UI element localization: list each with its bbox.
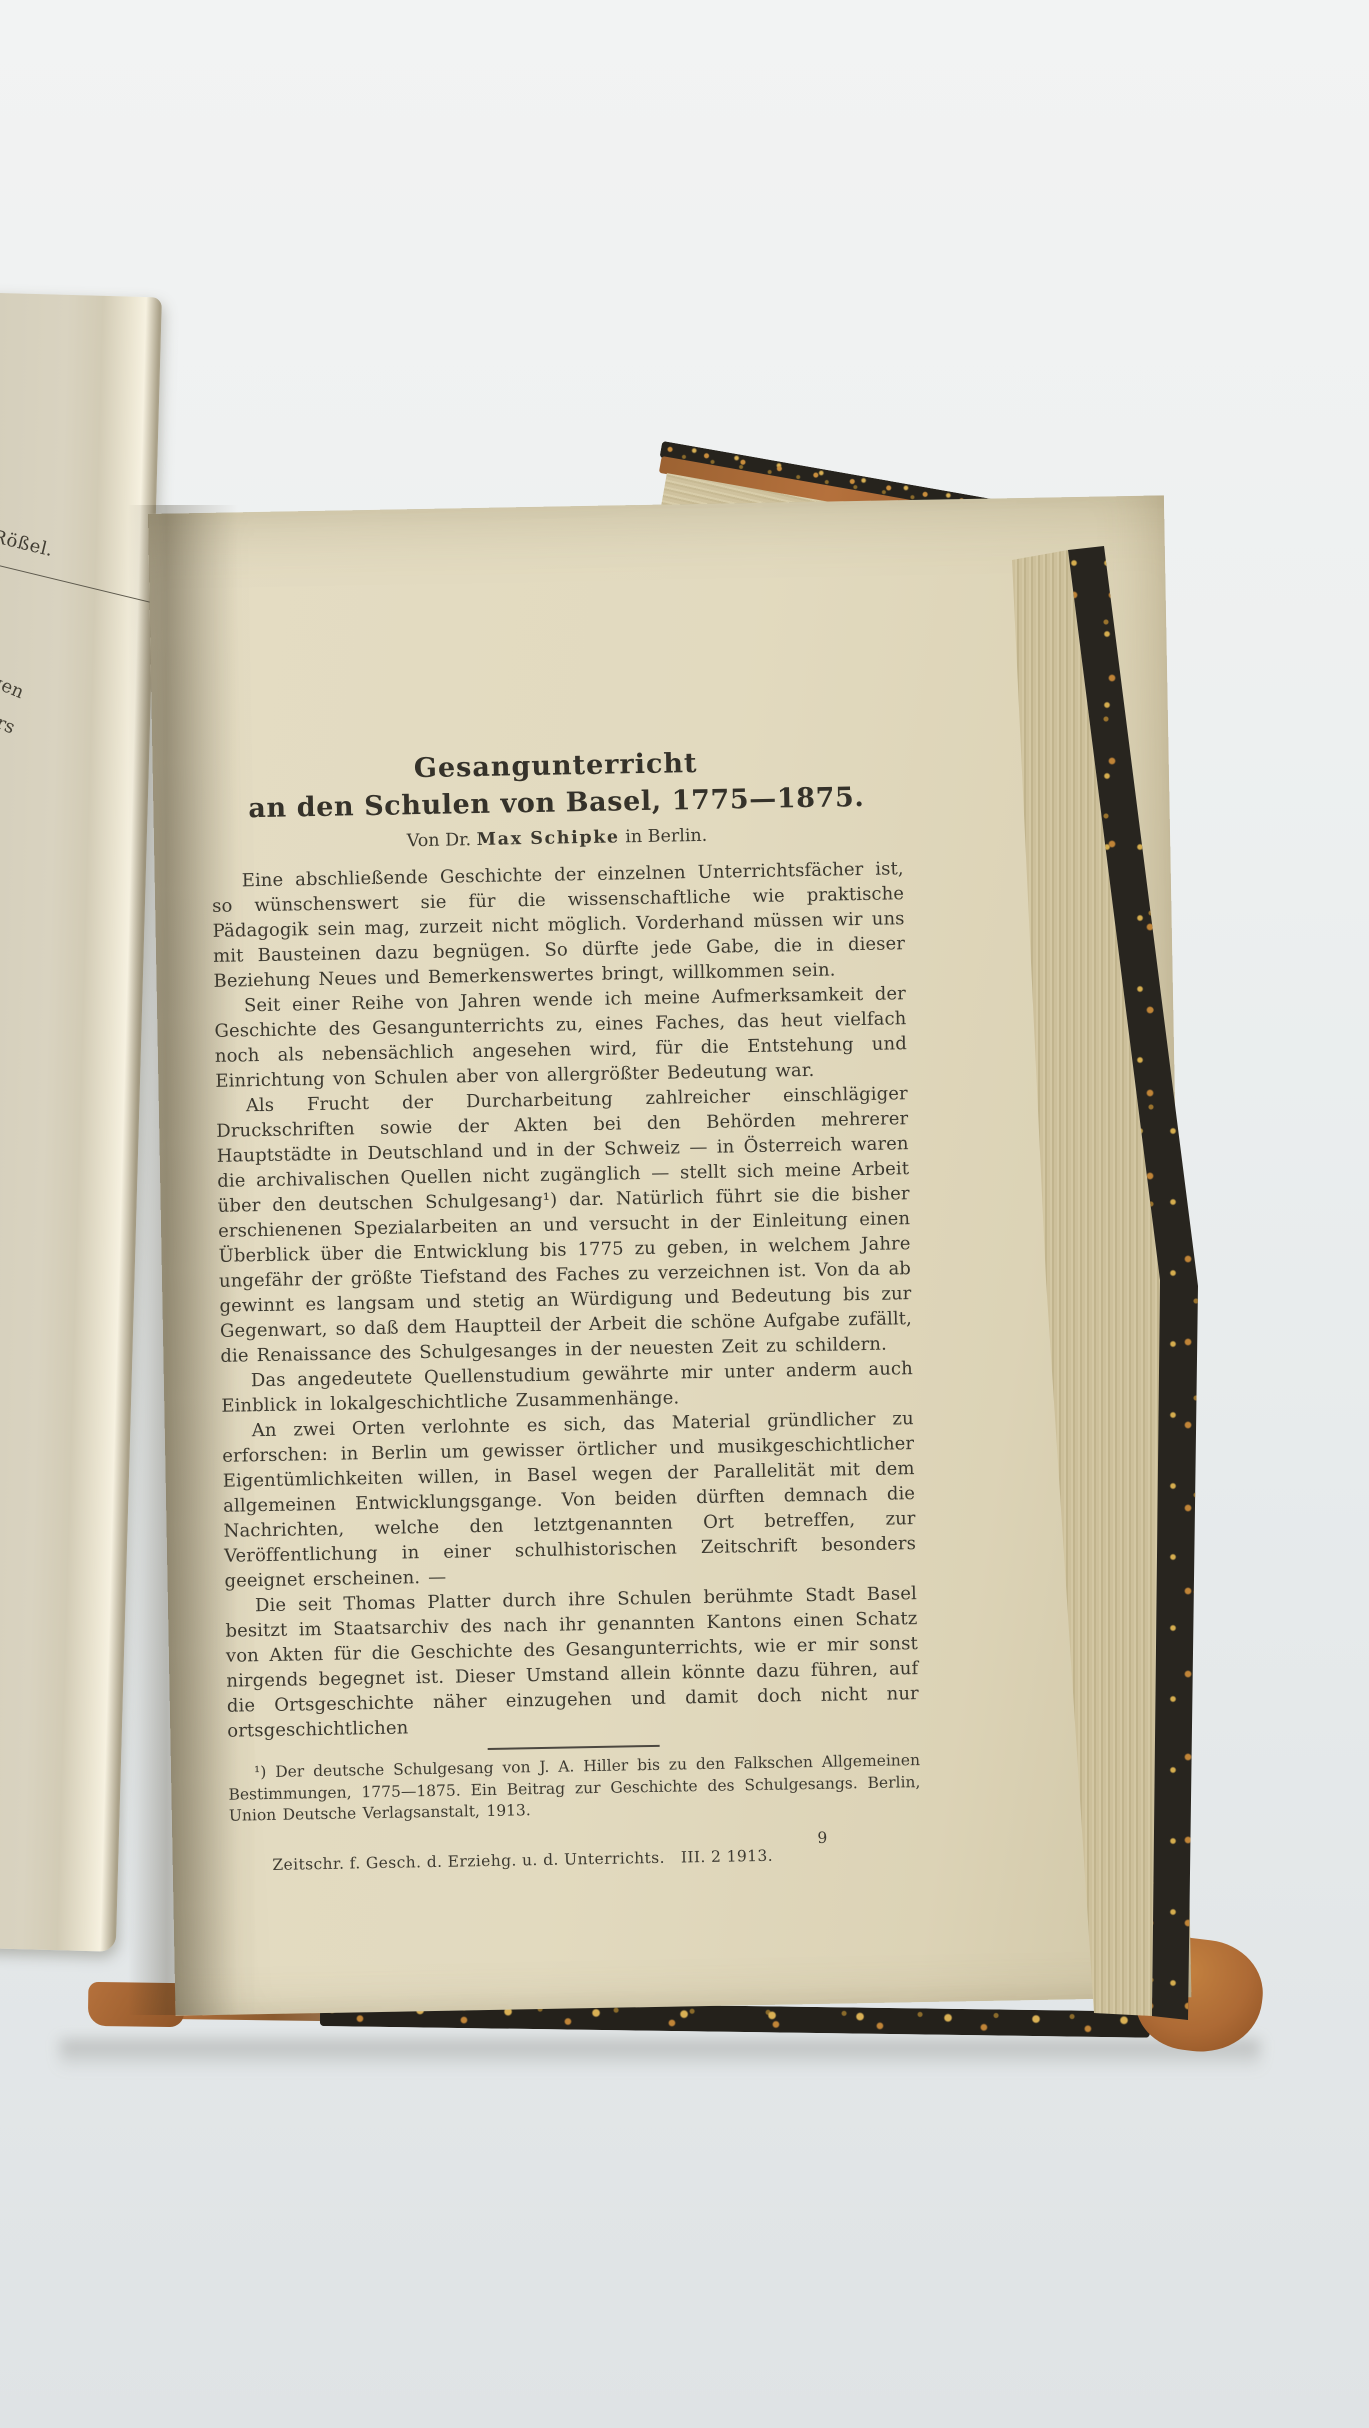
paragraph: Als Frucht der Durcharbeitung zahlreiche… xyxy=(216,1081,913,1369)
left-page-running-head: legs zu Rößel. xyxy=(0,509,162,609)
page-footer: Zeitschr. f. Gesch. d. Erziehg. u. d. Un… xyxy=(229,1826,921,1863)
paragraph: Die seit Thomas Platter durch ihre Schul… xyxy=(225,1581,920,1744)
byline-author-name: Max Schipke xyxy=(477,827,620,850)
byline: Von Dr. Max Schipke in Berlin. xyxy=(211,822,903,855)
footnote-rule xyxy=(488,1745,660,1750)
article-body: Eine abschließende Geschichte der einzel… xyxy=(212,856,920,1744)
photo-background: legs zu Rößel. ken und zuverlässigen des… xyxy=(0,0,1369,2428)
paragraph: Seit einer Reihe von Jahren wende ich me… xyxy=(214,981,908,1094)
page-number: 9 xyxy=(817,1828,828,1846)
paragraph: An zwei Orten verlohnte es sich, das Mat… xyxy=(222,1406,917,1594)
left-page: legs zu Rößel. ken und zuverlässigen des… xyxy=(0,292,162,1952)
leather-corner-bottom-left xyxy=(88,1982,185,2027)
paragraph: Eine abschließende Geschichte der einzel… xyxy=(212,856,906,994)
book-page: Gesangunterricht an den Schulen von Base… xyxy=(148,495,1191,2015)
footnote: ¹) Der deutsche Schulgesang von J. A. Hi… xyxy=(228,1750,921,1827)
left-page-text-fragments: ken und zuverlässigen des Adels, des Bür… xyxy=(0,596,154,1094)
byline-prefix: Von Dr. xyxy=(407,830,477,851)
page-text-block: Gesangunterricht an den Schulen von Base… xyxy=(205,500,922,1862)
journal-citation: Zeitschr. f. Gesch. d. Erziehg. u. d. Un… xyxy=(272,1846,773,1873)
byline-suffix: in Berlin. xyxy=(620,826,708,848)
article-title-block: Gesangunterricht an den Schulen von Base… xyxy=(209,742,903,855)
